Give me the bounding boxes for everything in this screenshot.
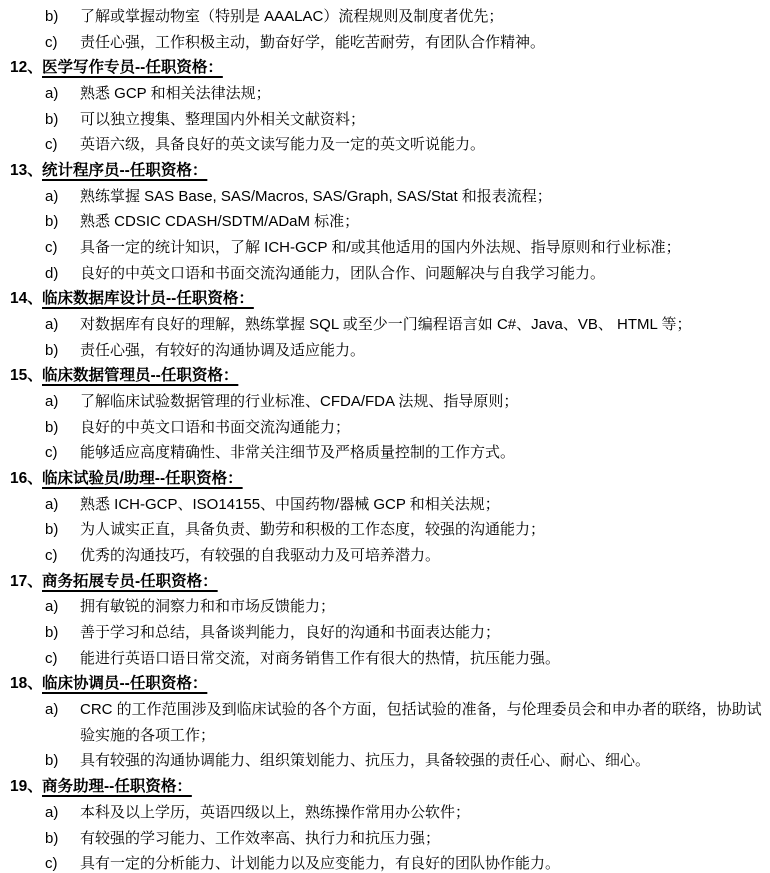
list-item: a) 拥有敏锐的洞察力和和市场反馈能力； (10, 594, 762, 620)
list-item: a) 熟练掌握 SAS Base, SAS/Macros, SAS/Graph,… (10, 184, 762, 210)
item-label: a) (45, 312, 80, 338)
section-heading: 19、 商务助理--任职资格： (10, 774, 762, 800)
section-heading: 13、 统计程序员--任职资格： (10, 158, 762, 184)
item-text: 具有较强的沟通协调能力、组织策划能力、抗压力，具备较强的责任心、耐心、细心。 (80, 748, 762, 774)
item-text: 熟练掌握 SAS Base, SAS/Macros, SAS/Graph, SA… (80, 184, 762, 210)
list-item: c) 能够适应高度精确性、非常关注细节及严格质量控制的工作方式。 (10, 440, 762, 466)
list-item: a) 熟悉 GCP 和相关法律法规； (10, 81, 762, 107)
item-text: 了解临床试验数据管理的行业标准、CFDA/FDA 法规、指导原则； (80, 389, 762, 415)
section-heading: 14、 临床数据库设计员--任职资格： (10, 286, 762, 312)
section-title: 医学写作专员--任职资格： (42, 55, 223, 81)
item-label: a) (45, 697, 80, 748)
item-text: 能进行英语口语日常交流，对商务销售工作有很大的热情，抗压能力强。 (80, 646, 762, 672)
item-label: b) (45, 517, 80, 543)
list-item: a) 本科及以上学历，英语四级以上，熟练操作常用办公软件； (10, 800, 762, 826)
job-requirements-list: b) 了解或掌握动物室（特别是 AAALAC）流程规则及制度者优先； c) 责任… (10, 4, 762, 873)
section: 12、 医学写作专员--任职资格： a) 熟悉 GCP 和相关法律法规； b) … (10, 55, 762, 158)
list-item: a) CRC 的工作范围涉及到临床试验的各个方面，包括试验的准备，与伦理委员会和… (10, 697, 762, 748)
list-item: b) 了解或掌握动物室（特别是 AAALAC）流程规则及制度者优先； (10, 4, 762, 30)
section-heading: 18、 临床协调员--任职资格： (10, 671, 762, 697)
section-number: 13、 (10, 158, 42, 184)
item-label: c) (45, 132, 80, 158)
section-title: 商务助理--任职资格： (42, 774, 192, 800)
item-label: a) (45, 81, 80, 107)
section: 16、 临床试验员/助理--任职资格： a) 熟悉 ICH-GCP、ISO141… (10, 466, 762, 569)
list-item: c) 具备一定的统计知识，了解 ICH-GCP 和/或其他适用的国内外法规、指导… (10, 235, 762, 261)
item-text: 为人诚实正直，具备负责、勤劳和积极的工作态度，较强的沟通能力； (80, 517, 762, 543)
item-text: 熟悉 ICH-GCP、ISO14155、中国药物/器械 GCP 和相关法规； (80, 492, 762, 518)
item-label: b) (45, 338, 80, 364)
section-heading: 16、 临床试验员/助理--任职资格： (10, 466, 762, 492)
section-heading: 12、 医学写作专员--任职资格： (10, 55, 762, 81)
list-item: c) 优秀的沟通技巧，有较强的自我驱动力及可培养潜力。 (10, 543, 762, 569)
list-item: b) 为人诚实正直，具备负责、勤劳和积极的工作态度，较强的沟通能力； (10, 517, 762, 543)
item-label: a) (45, 594, 80, 620)
section-title: 临床数据管理员--任职资格： (42, 363, 238, 389)
item-label: b) (45, 826, 80, 852)
item-text: 良好的中英文口语和书面交流沟通能力，团队合作、问题解决与自我学习能力。 (80, 261, 762, 287)
list-item: a) 熟悉 ICH-GCP、ISO14155、中国药物/器械 GCP 和相关法规… (10, 492, 762, 518)
list-item: b) 责任心强，有较好的沟通协调及适应能力。 (10, 338, 762, 364)
item-label: b) (45, 415, 80, 441)
list-item: c) 具有一定的分析能力、计划能力以及应变能力，有良好的团队协作能力。 (10, 851, 762, 873)
section-number: 18、 (10, 671, 42, 697)
item-text: 可以独立搜集、整理国内外相关文献资料； (80, 107, 762, 133)
section: 18、 临床协调员--任职资格： a) CRC 的工作范围涉及到临床试验的各个方… (10, 671, 762, 774)
section-title: 临床试验员/助理--任职资格： (42, 466, 243, 492)
item-label: b) (45, 4, 80, 30)
list-item: c) 责任心强，工作积极主动，勤奋好学，能吃苦耐劳，有团队合作精神。 (10, 30, 762, 56)
section-number: 12、 (10, 55, 42, 81)
list-item: b) 可以独立搜集、整理国内外相关文献资料； (10, 107, 762, 133)
section-number: 14、 (10, 286, 42, 312)
section: 14、 临床数据库设计员--任职资格： a) 对数据库有良好的理解，熟练掌握 S… (10, 286, 762, 363)
item-text: 具备一定的统计知识，了解 ICH-GCP 和/或其他适用的国内外法规、指导原则和… (80, 235, 762, 261)
item-text: 了解或掌握动物室（特别是 AAALAC）流程规则及制度者优先； (80, 4, 762, 30)
item-label: a) (45, 492, 80, 518)
item-text: 良好的中英文口语和书面交流沟通能力； (80, 415, 762, 441)
section-number: 17、 (10, 569, 42, 595)
item-label: c) (45, 646, 80, 672)
list-item: b) 具有较强的沟通协调能力、组织策划能力、抗压力，具备较强的责任心、耐心、细心… (10, 748, 762, 774)
item-label: a) (45, 389, 80, 415)
item-text: 熟悉 GCP 和相关法律法规； (80, 81, 762, 107)
section: 17、 商务拓展专员-任职资格： a) 拥有敏锐的洞察力和和市场反馈能力； b)… (10, 569, 762, 672)
item-label: b) (45, 748, 80, 774)
section-number: 15、 (10, 363, 42, 389)
item-text: 优秀的沟通技巧，有较强的自我驱动力及可培养潜力。 (80, 543, 762, 569)
item-label: c) (45, 440, 80, 466)
section-title: 临床协调员--任职资格： (42, 671, 207, 697)
list-item: c) 能进行英语口语日常交流，对商务销售工作有很大的热情，抗压能力强。 (10, 646, 762, 672)
item-text: 善于学习和总结，具备谈判能力，良好的沟通和书面表达能力； (80, 620, 762, 646)
section-number: 16、 (10, 466, 42, 492)
item-label: b) (45, 620, 80, 646)
item-label: c) (45, 235, 80, 261)
item-text: 责任心强，工作积极主动，勤奋好学，能吃苦耐劳，有团队合作精神。 (80, 30, 762, 56)
item-text: CRC 的工作范围涉及到临床试验的各个方面，包括试验的准备，与伦理委员会和申办者… (80, 697, 762, 748)
list-item: a) 对数据库有良好的理解，熟练掌握 SQL 或至少一门编程语言如 C#、Jav… (10, 312, 762, 338)
item-text: 能够适应高度精确性、非常关注细节及严格质量控制的工作方式。 (80, 440, 762, 466)
item-label: c) (45, 30, 80, 56)
section-heading: 15、 临床数据管理员--任职资格： (10, 363, 762, 389)
section-heading: 17、 商务拓展专员-任职资格： (10, 569, 762, 595)
item-label: c) (45, 543, 80, 569)
item-text: 对数据库有良好的理解，熟练掌握 SQL 或至少一门编程语言如 C#、Java、V… (80, 312, 762, 338)
item-text: 拥有敏锐的洞察力和和市场反馈能力； (80, 594, 762, 620)
item-text: 责任心强，有较好的沟通协调及适应能力。 (80, 338, 762, 364)
section-title: 临床数据库设计员--任职资格： (42, 286, 254, 312)
section-title: 统计程序员--任职资格： (42, 158, 207, 184)
item-text: 本科及以上学历，英语四级以上，熟练操作常用办公软件； (80, 800, 762, 826)
section: 15、 临床数据管理员--任职资格： a) 了解临床试验数据管理的行业标准、CF… (10, 363, 762, 466)
list-item: d) 良好的中英文口语和书面交流沟通能力，团队合作、问题解决与自我学习能力。 (10, 261, 762, 287)
item-text: 有较强的学习能力、工作效率高、执行力和抗压力强； (80, 826, 762, 852)
item-text: 具有一定的分析能力、计划能力以及应变能力，有良好的团队协作能力。 (80, 851, 762, 873)
section-title: 商务拓展专员-任职资格： (42, 569, 218, 595)
item-label: b) (45, 209, 80, 235)
section-number: 19、 (10, 774, 42, 800)
item-label: a) (45, 800, 80, 826)
list-item: b) 良好的中英文口语和书面交流沟通能力； (10, 415, 762, 441)
item-text: 英语六级，具备良好的英文读写能力及一定的英文听说能力。 (80, 132, 762, 158)
item-label: a) (45, 184, 80, 210)
item-text: 熟悉 CDSIC CDASH/SDTM/ADaM 标准； (80, 209, 762, 235)
document-page: b) 了解或掌握动物室（特别是 AAALAC）流程规则及制度者优先； c) 责任… (0, 0, 770, 873)
section: 19、 商务助理--任职资格： a) 本科及以上学历，英语四级以上，熟练操作常用… (10, 774, 762, 873)
item-label: b) (45, 107, 80, 133)
list-item: a) 了解临床试验数据管理的行业标准、CFDA/FDA 法规、指导原则； (10, 389, 762, 415)
item-label: d) (45, 261, 80, 287)
list-item: b) 善于学习和总结，具备谈判能力，良好的沟通和书面表达能力； (10, 620, 762, 646)
list-item: b) 熟悉 CDSIC CDASH/SDTM/ADaM 标准； (10, 209, 762, 235)
item-label: c) (45, 851, 80, 873)
list-item: c) 英语六级，具备良好的英文读写能力及一定的英文听说能力。 (10, 132, 762, 158)
section: 13、 统计程序员--任职资格： a) 熟练掌握 SAS Base, SAS/M… (10, 158, 762, 286)
list-item: b) 有较强的学习能力、工作效率高、执行力和抗压力强； (10, 826, 762, 852)
